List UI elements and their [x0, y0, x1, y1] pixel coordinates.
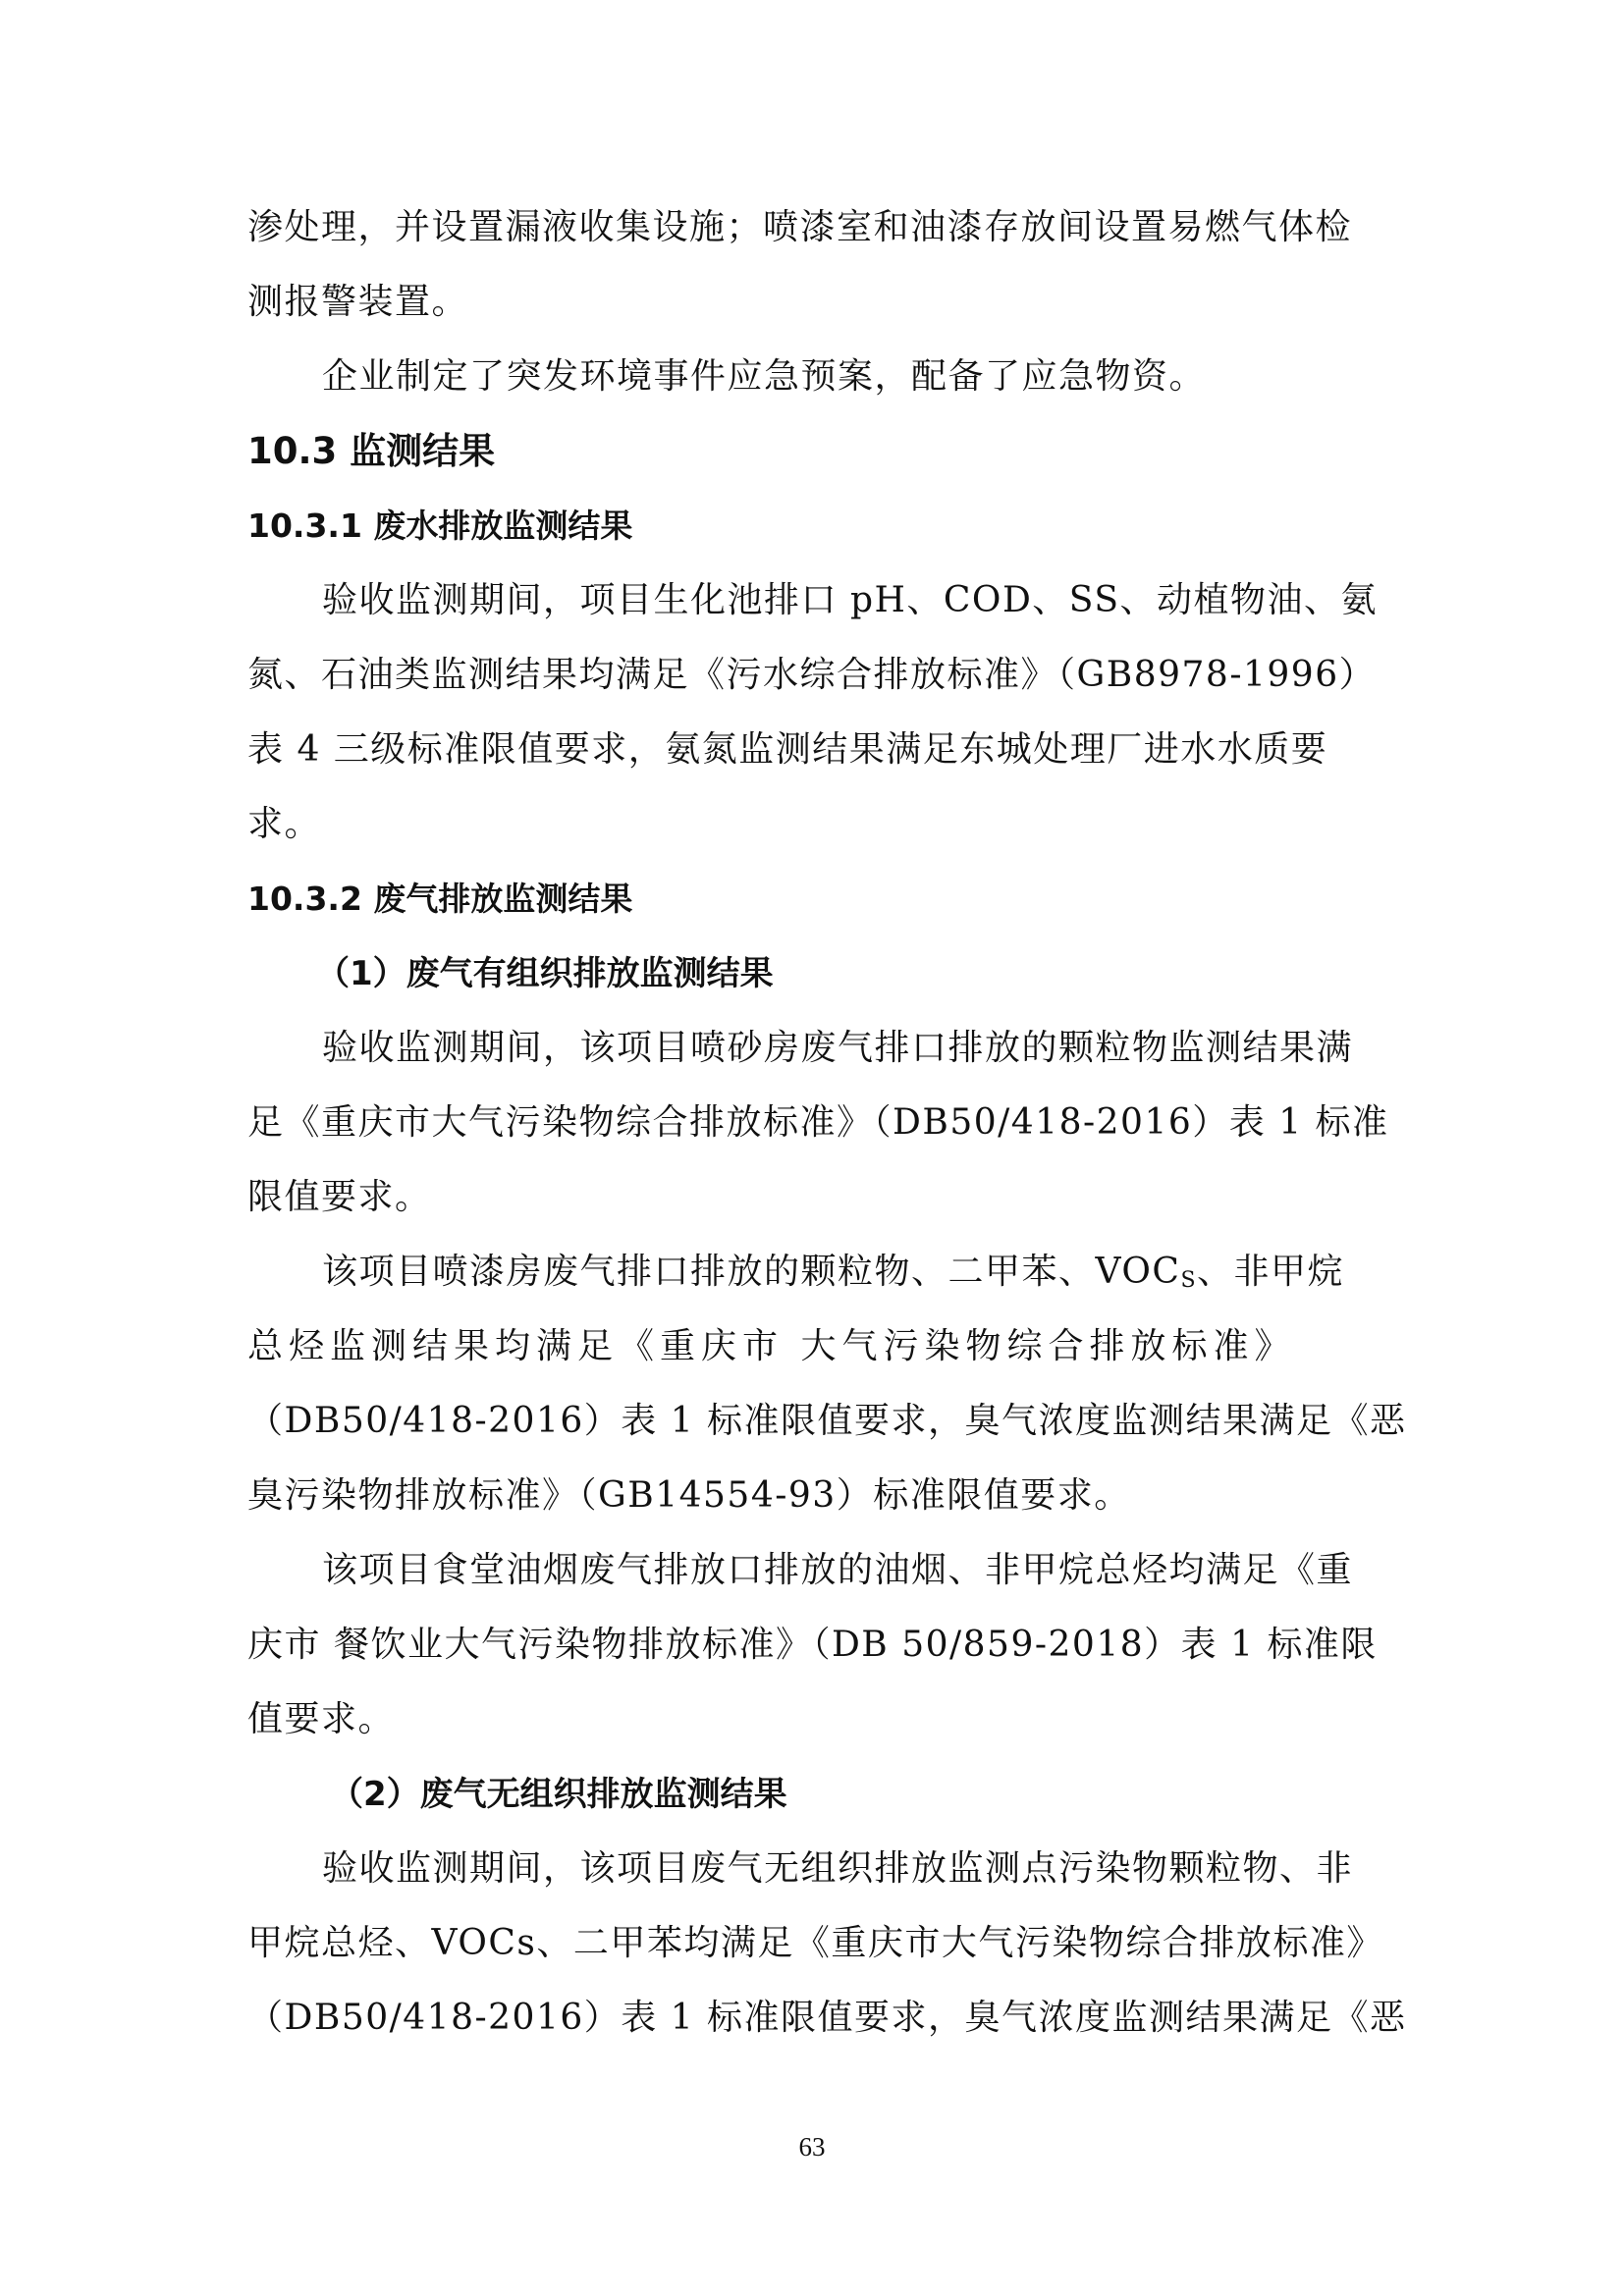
body-text-line: 验收监测期间，该项目废气无组织排放监测点污染物颗粒物、非	[247, 1832, 1386, 1906]
section-heading-10-3: 10.3 监测结果	[247, 414, 1386, 489]
text-fragment: 该项目喷漆房废气排口排放的颗粒物、二甲苯、VOC	[322, 1252, 1180, 1292]
body-text-line: 甲烷总烃、VOCs、二甲苯均满足《重庆市大气污染物综合排放标准》	[247, 1906, 1386, 1981]
body-text-line: 臭污染物排放标准》（GB14554-93）标准限值要求。	[247, 1459, 1386, 1533]
body-text-line: 总烃监测结果均满足《重庆市 大气污染物综合排放标准》	[247, 1309, 1386, 1384]
body-text-line: 企业制定了突发环境事件应急预案，配备了应急物资。	[247, 340, 1386, 414]
body-text-line: 足《重庆市大气污染物综合排放标准》（DB50/418-2016）表 1 标准	[247, 1086, 1386, 1160]
subscript-text: S	[1180, 1268, 1197, 1293]
body-text-line: （DB50/418-2016）表 1 标准限值要求，臭气浓度监测结果满足《恶	[247, 1981, 1386, 2056]
subsection-heading-organized: （1）废气有组织排放监测结果	[247, 936, 1386, 1011]
text-fragment: 、非甲烷	[1197, 1252, 1344, 1292]
section-heading-10-3-1: 10.3.1 废水排放监测结果	[247, 489, 1386, 563]
body-text-line: 表 4 三级标准限值要求，氨氮监测结果满足东城处理厂进水水质要	[247, 713, 1386, 787]
body-text-line: 庆市 餐饮业大气污染物排放标准》（DB 50/859-2018）表 1 标准限	[247, 1608, 1386, 1682]
body-text-line: 该项目食堂油烟废气排放口排放的油烟、非甲烷总烃均满足《重	[247, 1533, 1386, 1608]
page-number: 63	[0, 2132, 1624, 2163]
document-page: 渗处理，并设置漏液收集设施；喷漆室和油漆存放间设置易燃气体检 测报警装置。 企业…	[247, 190, 1386, 2056]
section-heading-10-3-2: 10.3.2 废气排放监测结果	[247, 862, 1386, 936]
body-text-line: 验收监测期间，该项目喷砂房废气排口排放的颗粒物监测结果满	[247, 1011, 1386, 1086]
body-text-line: 该项目喷漆房废气排口排放的颗粒物、二甲苯、VOCS、非甲烷	[247, 1235, 1386, 1309]
body-text-line: 氮、石油类监测结果均满足《污水综合排放标准》（GB8978-1996）	[247, 638, 1386, 713]
body-text-line: 求。	[247, 787, 1386, 862]
body-text-line: 值要求。	[247, 1682, 1386, 1757]
body-text-line: 渗处理，并设置漏液收集设施；喷漆室和油漆存放间设置易燃气体检	[247, 190, 1386, 265]
body-text-line: 限值要求。	[247, 1160, 1386, 1235]
body-text-line: 测报警装置。	[247, 265, 1386, 340]
subsection-heading-unorganized: （2）废气无组织排放监测结果	[247, 1757, 1386, 1832]
body-text-line: （DB50/418-2016）表 1 标准限值要求，臭气浓度监测结果满足《恶	[247, 1384, 1386, 1459]
body-text-line: 验收监测期间，项目生化池排口 pH、COD、SS、动植物油、氨	[247, 563, 1386, 638]
